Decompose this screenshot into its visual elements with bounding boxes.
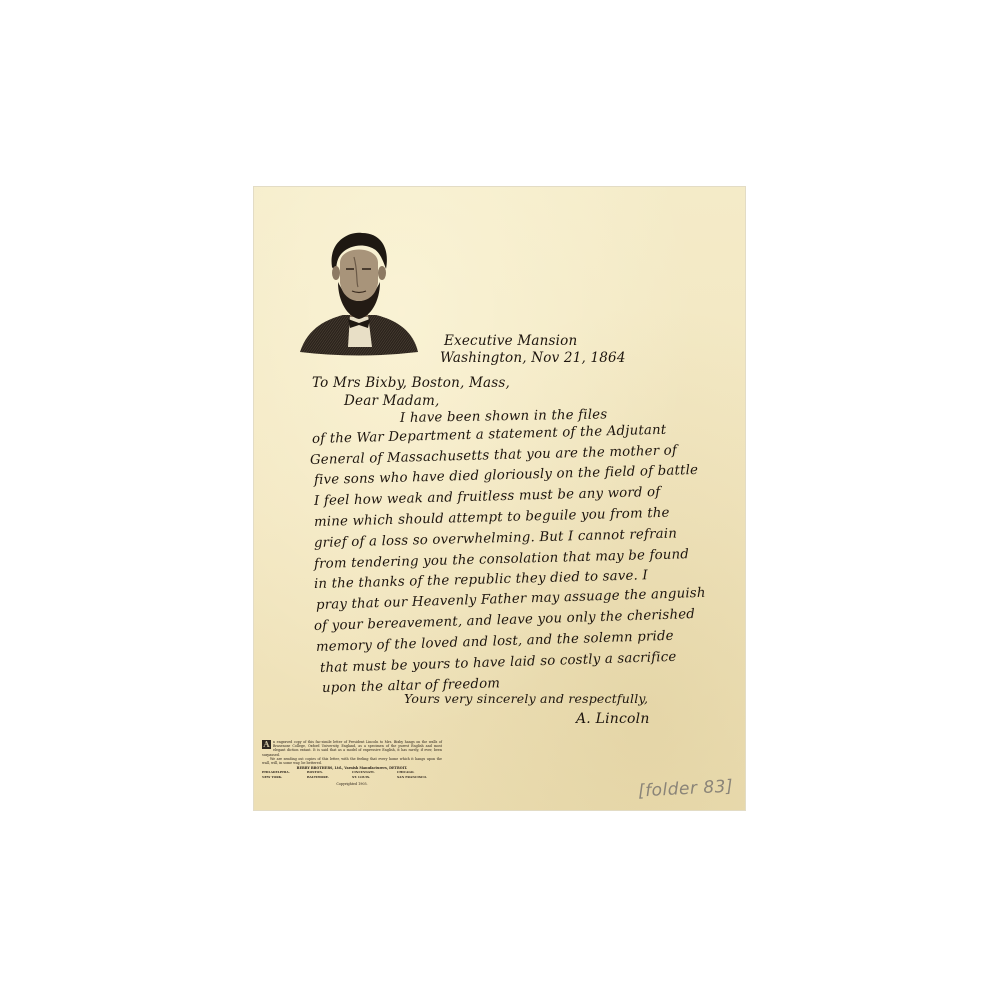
publisher-city: BALTIMORE. — [307, 775, 352, 779]
letter-body-line: I have been shown in the files — [400, 407, 608, 426]
letter-body-line: that must be yours to have laid so costl… — [320, 649, 677, 675]
letter-greeting: Dear Madam, — [344, 393, 439, 409]
letter-body-line: I feel how weak and fruitless must be an… — [314, 485, 661, 509]
letter-body-line: General of Massachusetts that you are th… — [310, 443, 677, 468]
publisher-cities: PHILADELPHIA.BOSTON.CINCINNATI.CHICAGO.N… — [262, 770, 442, 778]
dropcap-letter: A — [262, 740, 271, 749]
letter-body-line: of the War Department a statement of the… — [312, 423, 667, 447]
letter-signature: A. Lincoln — [576, 711, 650, 727]
letter-paper: Executive Mansion Washington, Nov 21, 18… — [254, 187, 745, 810]
publisher-city: NEW YORK. — [262, 775, 307, 779]
footnote-paragraph-2: We are sending out copies of this letter… — [262, 757, 442, 765]
publisher-city: ST. LOUIS. — [352, 775, 397, 779]
letter-address: To Mrs Bixby, Boston, Mass, — [312, 375, 510, 391]
letter-heading-date: Washington, Nov 21, 1864 — [440, 350, 626, 366]
letter-closing: Yours very sincerely and respectfully, — [404, 691, 648, 706]
publisher-footnote: A n engraved copy of this fac-simile let… — [262, 740, 442, 786]
publisher-city: SAN FRANCISCO. — [397, 775, 442, 779]
archive-folder-note: [folder 83] — [638, 777, 734, 802]
letter-body-line: mine which should attempt to beguile you… — [314, 506, 670, 530]
portrait-engraving-icon — [298, 227, 420, 357]
letter-body-line: grief of a loss so overwhelming. But I c… — [314, 526, 677, 551]
copyright-notice: Copyrighted 1905. — [262, 782, 442, 786]
letter-heading-location: Executive Mansion — [444, 333, 577, 349]
footnote-paragraph-1: n engraved copy of this fac-simile lette… — [262, 740, 442, 757]
